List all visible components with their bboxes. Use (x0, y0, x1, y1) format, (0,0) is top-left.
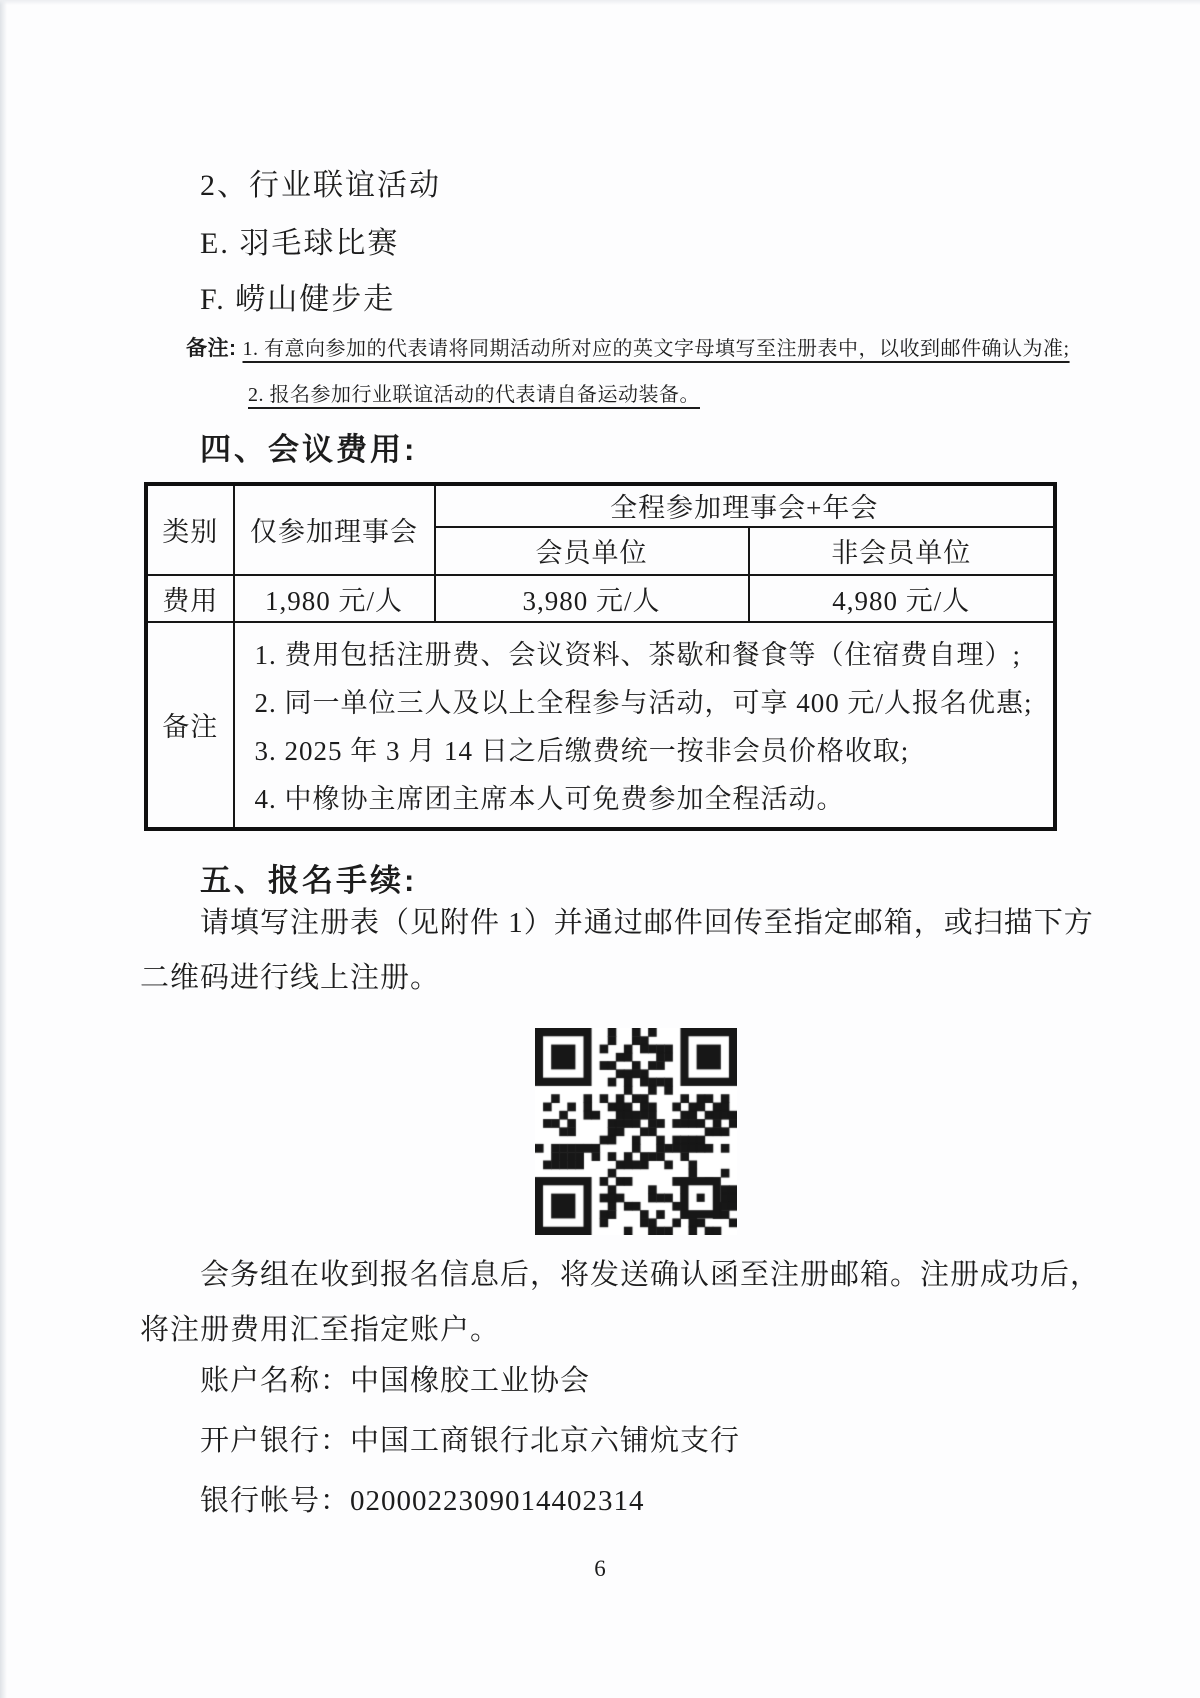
fee-note-1: 1. 费用包括注册费、会议资料、茶歇和餐食等（住宿费自理）; (255, 633, 1044, 672)
activities-note-1: 备注:1. 有意向参加的代表请将同期活动所对应的英文字母填写至注册表中，以收到邮… (186, 332, 1070, 362)
fee-note-2: 2. 同一单位三人及以上全程参与活动，可享 400 元/人报名优惠; (255, 681, 1044, 720)
fee-table-council-only-header: 仅参加理事会 (234, 485, 435, 575)
account-bank-line: 开户银行：中国工商银行北京六铺炕支行 (200, 1418, 740, 1459)
fee-table-notes-cell: 1. 费用包括注册费、会议资料、茶歇和餐食等（住宿费自理）; 2. 同一单位三人… (234, 622, 1055, 829)
fee-table-notes-label: 备注 (147, 622, 234, 829)
fee-member: 3,980 元/人 (435, 575, 749, 622)
fee-council-only: 1,980 元/人 (234, 575, 435, 622)
confirmation-paragraph-line-2: 将注册费用汇至指定账户。 (140, 1307, 500, 1348)
activities-note-2-text: 2. 报名参加行业联谊活动的代表请自备运动装备。 (248, 384, 700, 406)
fee-note-4: 4. 中橡协主席团主席本人可免费参加全程活动。 (255, 777, 1044, 816)
activities-note-label: 备注: (186, 337, 237, 360)
document-page: 2、行业联谊活动 E. 羽毛球比赛 F. 崂山健步走 备注:1. 有意向参加的代… (0, 0, 1200, 1698)
activity-item-f: F. 崂山健步走 (200, 274, 395, 318)
section-heading-registration: 五、报名手续: (200, 855, 417, 900)
fee-note-3: 3. 2025 年 3 月 14 日之后缴费统一按非会员价格收取; (255, 729, 1044, 768)
confirmation-paragraph-line-1: 会务组在收到报名信息后，将发送确认函至注册邮箱。注册成功后， (200, 1252, 1100, 1293)
fee-table-category-header: 类别 (147, 485, 234, 575)
fee-table-fee-row-label: 费用 (147, 575, 234, 622)
activities-note-2: 2. 报名参加行业联谊活动的代表请自备运动装备。 (248, 378, 700, 407)
page-number: 6 (0, 1556, 1200, 1582)
fee-table-nonmember-header: 非会员单位 (749, 527, 1055, 575)
section-heading-fees: 四、会议费用: (200, 424, 417, 469)
scan-edge-artifact-top (0, 0, 1200, 5)
account-name-line: 账户名称：中国橡胶工业协会 (200, 1358, 590, 1399)
registration-paragraph-line-1: 请填写注册表（见附件 1）并通过邮件回传至指定邮箱，或扫描下方 (200, 900, 1094, 941)
account-number-line: 银行帐号：0200022309014402314 (200, 1478, 645, 1519)
fee-table: 类别 仅参加理事会 全程参加理事会+年会 会员单位 非会员单位 费用 1,980… (145, 483, 1056, 830)
fee-table-member-header: 会员单位 (435, 527, 749, 575)
activities-note-1-text: 1. 有意向参加的代表请将同期活动所对应的英文字母填写至注册表中，以收到邮件确认… (243, 338, 1070, 360)
registration-qr-code (535, 1028, 737, 1235)
activity-item-e: E. 羽毛球比赛 (200, 218, 399, 262)
scan-edge-artifact (0, 0, 7, 1698)
registration-paragraph-line-2: 二维码进行线上注册。 (140, 955, 440, 996)
fee-nonmember: 4,980 元/人 (749, 575, 1055, 622)
fee-table-full-program-header: 全程参加理事会+年会 (435, 485, 1055, 527)
activity-item-2: 2、行业联谊活动 (200, 160, 441, 204)
